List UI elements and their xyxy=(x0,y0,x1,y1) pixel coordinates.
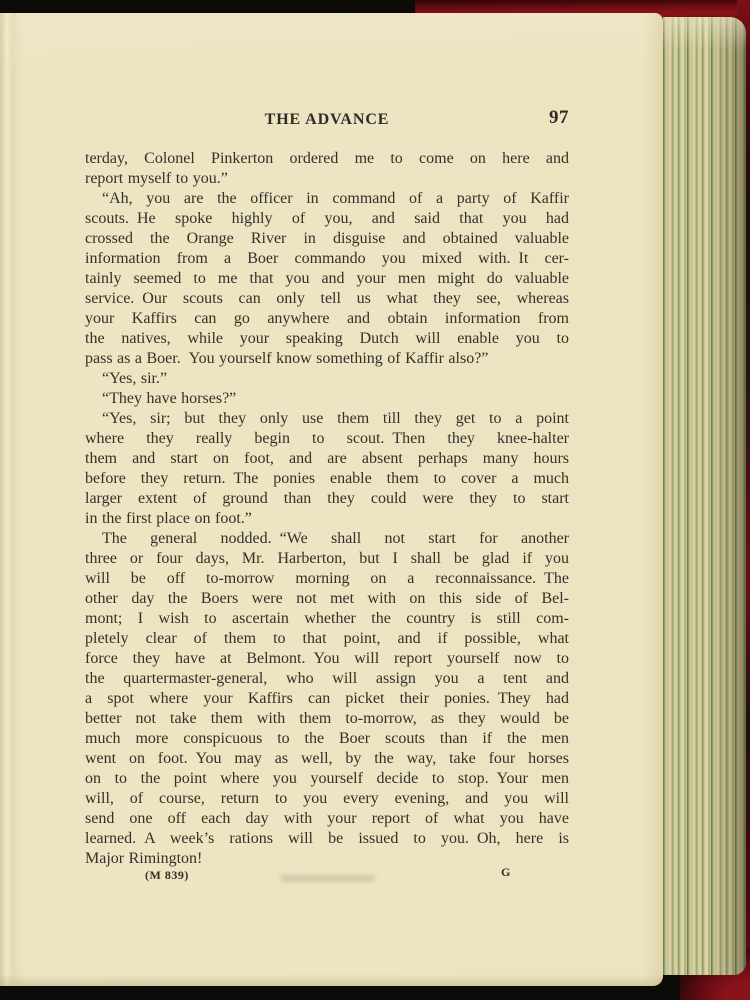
text-line: on to the point where you yourself decid… xyxy=(85,769,569,789)
text-line: information from a Boer commando you mix… xyxy=(85,249,569,269)
text-line: pass as a Boer. You yourself know someth… xyxy=(85,349,569,369)
text-line: a spot where your Kaffirs can picket the… xyxy=(85,689,569,709)
text-line: where they really begin to scout. Then t… xyxy=(85,429,569,449)
text-line: will, of course, return to you every eve… xyxy=(85,789,569,809)
text-line: terday, Colonel Pinkerton ordered me to … xyxy=(85,149,569,169)
page-number: 97 xyxy=(549,107,569,129)
gathering-signature: G xyxy=(501,865,510,880)
page-header: THE ADVANCE 97 xyxy=(85,111,569,135)
text-line: better not take them with them to-morrow… xyxy=(85,709,569,729)
text-line: scouts. He spoke highly of you, and said… xyxy=(85,209,569,229)
text-line: in the first place on foot.” xyxy=(85,509,569,529)
text-line: “Ah, you are the officer in command of a… xyxy=(85,189,569,209)
text-line: “Yes, sir.” xyxy=(85,369,569,389)
book-page: THE ADVANCE 97 terday, Colonel Pinkerton… xyxy=(0,13,663,986)
text-line: your Kaffirs can go anywhere and obtain … xyxy=(85,309,569,329)
scanned-book-photo: { "book": { "header": { "title": "THE AD… xyxy=(0,0,750,1000)
text-line: The general nodded. “We shall not start … xyxy=(85,529,569,549)
text-line: the natives, while your speaking Dutch w… xyxy=(85,329,569,349)
printers-signature: (M 839) xyxy=(145,868,189,883)
text-line: tainly seemed to me that you and your me… xyxy=(85,269,569,289)
text-line: went on foot. You may as well, by the wa… xyxy=(85,749,569,769)
text-line: pletely clear of them to that point, and… xyxy=(85,629,569,649)
text-line: force they have at Belmont. You will rep… xyxy=(85,649,569,669)
text-line: before they return. The ponies enable th… xyxy=(85,469,569,489)
text-line: “Yes, sir; but they only use them till t… xyxy=(85,409,569,429)
text-line: service. Our scouts can only tell us wha… xyxy=(85,289,569,309)
text-line: Major Rimington! xyxy=(85,849,569,869)
text-line: much more conspicuous to the Boer scouts… xyxy=(85,729,569,749)
text-line: report myself to you.” xyxy=(85,169,569,189)
print-smudge xyxy=(280,875,375,882)
running-head-title: THE ADVANCE xyxy=(85,111,569,129)
text-line: “They have horses?” xyxy=(85,389,569,409)
text-line: crossed the Orange River in disguise and… xyxy=(85,229,569,249)
text-line: them and start on foot, and are absent p… xyxy=(85,449,569,469)
text-line: the quartermaster-general, who will assi… xyxy=(85,669,569,689)
book-fore-edge-pages xyxy=(663,17,746,975)
text-line: will be off to-morrow morning on a recon… xyxy=(85,569,569,589)
text-line: three or four days, Mr. Harberton, but I… xyxy=(85,549,569,569)
text-line: send one off each day with your report o… xyxy=(85,809,569,829)
text-block: terday, Colonel Pinkerton ordered me to … xyxy=(85,149,569,869)
text-line: mont; I wish to ascertain whether the co… xyxy=(85,609,569,629)
text-line: other day the Boers were not met with on… xyxy=(85,589,569,609)
text-line: learned. A week’s rations will be issued… xyxy=(85,829,569,849)
text-line: larger extent of ground than they could … xyxy=(85,489,569,509)
